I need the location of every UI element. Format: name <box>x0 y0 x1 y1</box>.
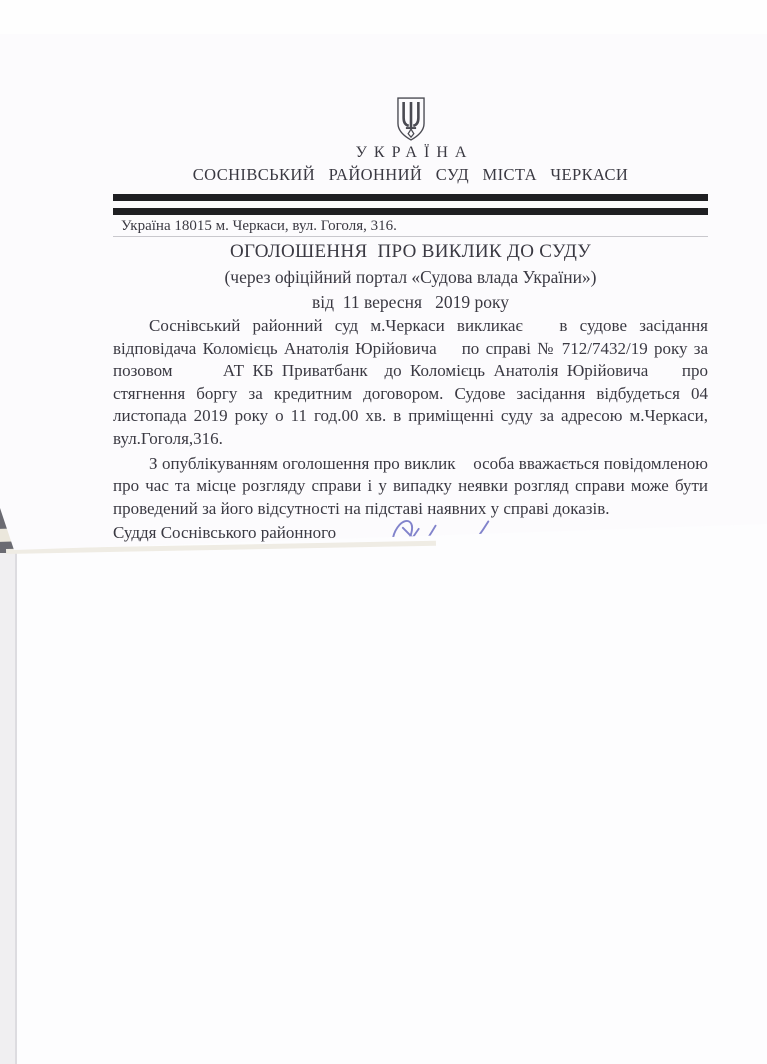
body-paragraph-summons: Соснівський районний суд м.Черкаси викли… <box>113 315 708 451</box>
body-paragraph-notice: З опублікуванням оголошення про виклик о… <box>113 453 708 521</box>
document-title: ОГОЛОШЕННЯ ПРО ВИКЛИК ДО СУДУ <box>113 241 708 263</box>
court-name-heading: СОСНІВСЬКИЙ РАЙОННИЙ СУД МІСТА ЧЕРКАСИ <box>113 165 708 185</box>
court-announcement-sheet: УКРАЇНА СОСНІВСЬКИЙ РАЙОННИЙ СУД МІСТА Ч… <box>0 0 767 552</box>
scan-left-shadow <box>0 498 17 1064</box>
blank-lower-sheet <box>0 498 767 1064</box>
letterhead-rule-top <box>113 194 708 201</box>
scanned-court-document: УКРАЇНА СОСНІВСЬКИЙ РАЙОННИЙ СУД МІСТА Ч… <box>0 0 767 1064</box>
court-address-line: Україна 18015 м. Черкаси, вул. Гоголя, 3… <box>113 215 708 237</box>
document-date-line: від 11 вересня 2019 року <box>113 292 708 313</box>
document-content: УКРАЇНА СОСНІВСЬКИЙ РАЙОННИЙ СУД МІСТА Ч… <box>113 0 708 582</box>
country-heading: УКРАЇНА <box>121 144 708 162</box>
document-subtitle: (через офіційний портал «Судова влада Ук… <box>113 267 708 288</box>
ukraine-trident-icon <box>394 96 428 142</box>
letterhead-rule-bottom <box>113 208 708 215</box>
